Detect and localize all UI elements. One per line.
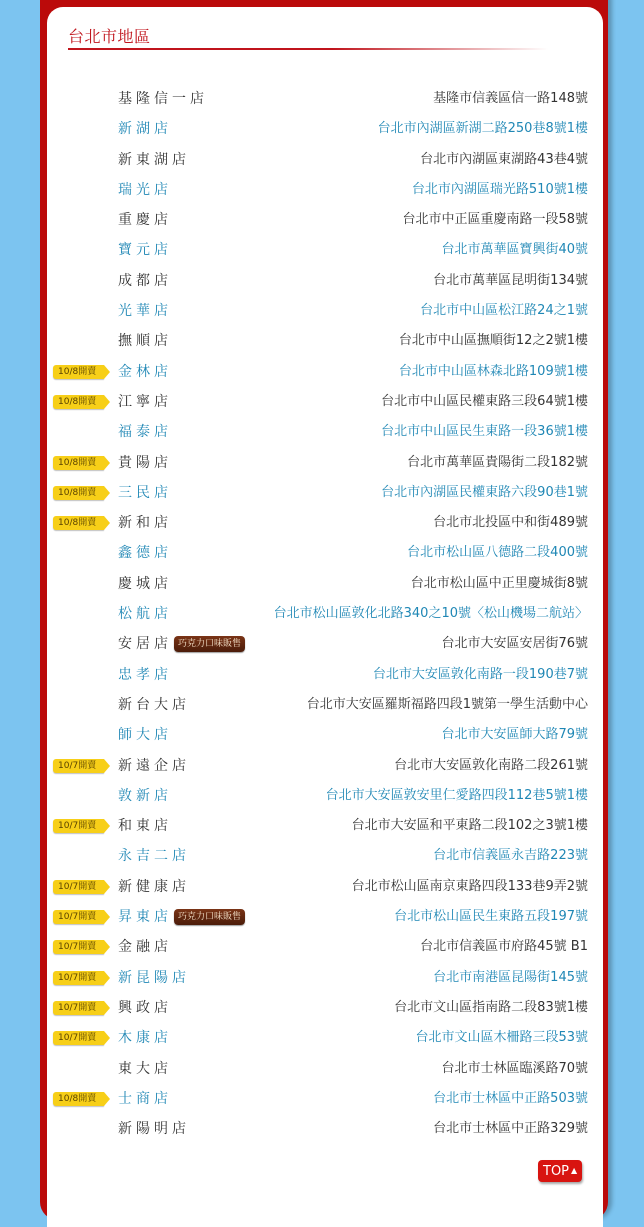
store-name-text: 江寧店 bbox=[118, 394, 172, 410]
store-name-text: 新台大店 bbox=[118, 697, 190, 713]
store-address[interactable]: 台北市大安區師大路79號 bbox=[441, 724, 588, 746]
store-row: 基隆信一店基隆市信義區信一路148號 bbox=[0, 88, 644, 118]
store-name[interactable]: 師大店 bbox=[118, 724, 172, 746]
store-name[interactable]: 昇東店巧克力口味販售 bbox=[118, 906, 245, 928]
store-row: 松航店台北市松山區敦化北路340之10號〈松山機場二航站〉 bbox=[0, 603, 644, 633]
store-name-text: 鑫德店 bbox=[118, 545, 172, 561]
store-name-text: 木康店 bbox=[118, 1030, 172, 1046]
store-name[interactable]: 光華店 bbox=[118, 300, 172, 322]
store-row: 新台大店台北市大安區羅斯福路四段1號第一學生活動中心 bbox=[0, 694, 644, 724]
store-name-text: 新湖店 bbox=[118, 121, 172, 137]
store-address: 台北市萬華區昆明街134號 bbox=[433, 270, 588, 292]
store-row: 新陽明店台北市士林區中正路329號 bbox=[0, 1118, 644, 1148]
launch-date-badge: 10/7開賣 bbox=[53, 880, 104, 894]
back-to-top-button[interactable]: TOP▲ bbox=[538, 1160, 582, 1182]
store-name-text: 成都店 bbox=[118, 273, 172, 289]
store-row: 重慶店台北市中正區重慶南路一段58號 bbox=[0, 209, 644, 239]
store-row: 10/8開賣江寧店台北市中山區民權東路三段64號1樓 bbox=[0, 391, 644, 421]
store-address: 台北市中正區重慶南路一段58號 bbox=[402, 209, 588, 231]
store-address[interactable]: 台北市松山區民生東路五段197號 bbox=[394, 906, 588, 928]
store-row: 慶城店台北市松山區中正里慶城街8號 bbox=[0, 573, 644, 603]
store-address[interactable]: 台北市中山區松江路24之1號 bbox=[420, 300, 588, 322]
store-name: 慶城店 bbox=[118, 573, 172, 595]
title-divider bbox=[68, 48, 548, 50]
store-name-text: 新東湖店 bbox=[118, 152, 190, 168]
store-row: 10/7開賣新遠企店台北市大安區敦化南路二段261號 bbox=[0, 755, 644, 785]
launch-date-badge: 10/8開賣 bbox=[53, 456, 104, 470]
store-row: 敦新店台北市大安區敦安里仁愛路四段112巷5號1樓 bbox=[0, 785, 644, 815]
store-name: 貴陽店 bbox=[118, 452, 172, 474]
store-row: 福泰店台北市中山區民生東路一段36號1樓 bbox=[0, 421, 644, 451]
store-row: 新東湖店台北市內湖區東湖路43巷4號 bbox=[0, 149, 644, 179]
chocolate-flavor-tag: 巧克力口味販售 bbox=[174, 909, 245, 925]
store-name-text: 忠孝店 bbox=[118, 667, 172, 683]
store-address: 台北市中山區民權東路三段64號1樓 bbox=[381, 391, 588, 413]
launch-date-badge: 10/8開賣 bbox=[53, 516, 104, 530]
store-row: 10/8開賣士商店台北市士林區中正路503號 bbox=[0, 1088, 644, 1118]
store-row: 10/7開賣金融店台北市信義區市府路45號 B1 bbox=[0, 936, 644, 966]
store-name: 安居店巧克力口味販售 bbox=[118, 633, 245, 655]
store-name-text: 新健康店 bbox=[118, 879, 190, 895]
store-row: 師大店台北市大安區師大路79號 bbox=[0, 724, 644, 754]
store-list: 基隆信一店基隆市信義區信一路148號新湖店台北市內湖區新湖二路250巷8號1樓新… bbox=[0, 88, 644, 1148]
store-name[interactable]: 福泰店 bbox=[118, 421, 172, 443]
store-name-text: 安居店 bbox=[118, 636, 172, 652]
store-name[interactable]: 敦新店 bbox=[118, 785, 172, 807]
launch-date-badge: 10/7開賣 bbox=[53, 971, 104, 985]
store-address[interactable]: 台北市中山區林森北路109號1樓 bbox=[399, 361, 588, 383]
store-name-text: 永吉二店 bbox=[118, 848, 190, 864]
store-name-text: 士商店 bbox=[118, 1091, 172, 1107]
top-label: TOP bbox=[543, 1164, 569, 1179]
store-name-text: 東大店 bbox=[118, 1061, 172, 1077]
store-address: 台北市內湖區東湖路43巷4號 bbox=[420, 149, 588, 171]
launch-date-badge: 10/8開賣 bbox=[53, 486, 104, 500]
store-name-text: 慶城店 bbox=[118, 576, 172, 592]
store-name: 新東湖店 bbox=[118, 149, 190, 171]
launch-date-badge: 10/8開賣 bbox=[53, 395, 104, 409]
store-name: 成都店 bbox=[118, 270, 172, 292]
store-name-text: 師大店 bbox=[118, 727, 172, 743]
store-name[interactable]: 新昆陽店 bbox=[118, 967, 190, 989]
store-row: 安居店巧克力口味販售台北市大安區安居街76號 bbox=[0, 633, 644, 663]
store-name[interactable]: 永吉二店 bbox=[118, 845, 190, 867]
store-row: 東大店台北市士林區臨溪路70號 bbox=[0, 1058, 644, 1088]
store-row: 10/7開賣新昆陽店台北市南港區昆陽街145號 bbox=[0, 967, 644, 997]
store-name-text: 和東店 bbox=[118, 818, 172, 834]
store-name-text: 寶元店 bbox=[118, 242, 172, 258]
store-address[interactable]: 台北市松山區敦化北路340之10號〈松山機場二航站〉 bbox=[274, 603, 588, 625]
store-address: 台北市文山區指南路二段83號1樓 bbox=[394, 997, 588, 1019]
store-address[interactable]: 台北市中山區民生東路一段36號1樓 bbox=[381, 421, 588, 443]
store-address: 基隆市信義區信一路148號 bbox=[433, 88, 588, 110]
store-address: 台北市信義區市府路45號 B1 bbox=[420, 936, 588, 958]
store-name-text: 金林店 bbox=[118, 364, 172, 380]
store-row: 永吉二店台北市信義區永吉路223號 bbox=[0, 845, 644, 875]
store-name-text: 貴陽店 bbox=[118, 455, 172, 471]
store-name-text: 新和店 bbox=[118, 515, 172, 531]
launch-date-badge: 10/8開賣 bbox=[53, 1092, 104, 1106]
store-address: 台北市大安區敦化南路二段261號 bbox=[394, 755, 588, 777]
store-address[interactable]: 台北市松山區八德路二段400號 bbox=[407, 542, 588, 564]
store-name-text: 新昆陽店 bbox=[118, 970, 190, 986]
launch-date-badge: 10/8開賣 bbox=[53, 365, 104, 379]
launch-date-badge: 10/7開賣 bbox=[53, 910, 104, 924]
section-title: 台北市地區 bbox=[68, 24, 151, 47]
store-name: 新和店 bbox=[118, 512, 172, 534]
store-address[interactable]: 台北市內湖區瑞光路510號1樓 bbox=[412, 179, 588, 201]
store-name[interactable]: 寶元店 bbox=[118, 239, 172, 261]
store-row: 10/8開賣三民店台北市內湖區民權東路六段90巷1號 bbox=[0, 482, 644, 512]
store-name-text: 松航店 bbox=[118, 606, 172, 622]
store-row: 光華店台北市中山區松江路24之1號 bbox=[0, 300, 644, 330]
store-name-text: 光華店 bbox=[118, 303, 172, 319]
store-row: 10/7開賣木康店台北市文山區木柵路三段53號 bbox=[0, 1027, 644, 1057]
store-row: 忠孝店台北市大安區敦化南路一段190巷7號 bbox=[0, 664, 644, 694]
store-name: 東大店 bbox=[118, 1058, 172, 1080]
store-name[interactable]: 忠孝店 bbox=[118, 664, 172, 686]
store-row: 10/7開賣新健康店台北市松山區南京東路四段133巷9弄2號 bbox=[0, 876, 644, 906]
store-name: 興政店 bbox=[118, 997, 172, 1019]
store-name-text: 敦新店 bbox=[118, 788, 172, 804]
store-row: 10/8開賣貴陽店台北市萬華區貴陽街二段182號 bbox=[0, 452, 644, 482]
store-address[interactable]: 台北市大安區敦化南路一段190巷7號 bbox=[373, 664, 588, 686]
store-name-text: 瑞光店 bbox=[118, 182, 172, 198]
store-row: 瑞光店台北市內湖區瑞光路510號1樓 bbox=[0, 179, 644, 209]
store-address: 台北市松山區南京東路四段133巷9弄2號 bbox=[352, 876, 588, 898]
store-row: 10/7開賣興政店台北市文山區指南路二段83號1樓 bbox=[0, 997, 644, 1027]
store-row: 成都店台北市萬華區昆明街134號 bbox=[0, 270, 644, 300]
store-address[interactable]: 台北市內湖區民權東路六段90巷1號 bbox=[381, 482, 588, 504]
store-address[interactable]: 台北市信義區永吉路223號 bbox=[433, 845, 588, 867]
store-row: 10/8開賣新和店台北市北投區中和街489號 bbox=[0, 512, 644, 542]
store-name-text: 基隆信一店 bbox=[118, 91, 208, 107]
store-name[interactable]: 金林店 bbox=[118, 361, 172, 383]
launch-date-badge: 10/7開賣 bbox=[53, 759, 104, 773]
store-address[interactable]: 台北市南港區昆陽街145號 bbox=[433, 967, 588, 989]
store-name[interactable]: 新湖店 bbox=[118, 118, 172, 140]
store-address: 台北市士林區臨溪路70號 bbox=[441, 1058, 588, 1080]
store-name[interactable]: 士商店 bbox=[118, 1088, 172, 1110]
store-address: 台北市士林區中正路329號 bbox=[433, 1118, 588, 1140]
store-name[interactable]: 瑞光店 bbox=[118, 179, 172, 201]
store-name-text: 撫順店 bbox=[118, 333, 172, 349]
store-address: 台北市中山區撫順街12之2號1樓 bbox=[399, 330, 588, 352]
store-address: 台北市大安區安居街76號 bbox=[441, 633, 588, 655]
chocolate-flavor-tag: 巧克力口味販售 bbox=[174, 636, 245, 652]
store-name: 新陽明店 bbox=[118, 1118, 190, 1140]
store-address[interactable]: 台北市文山區木柵路三段53號 bbox=[415, 1027, 588, 1049]
launch-date-badge: 10/7開賣 bbox=[53, 940, 104, 954]
store-address: 台北市萬華區貴陽街二段182號 bbox=[407, 452, 588, 474]
store-name: 重慶店 bbox=[118, 209, 172, 231]
store-name: 新台大店 bbox=[118, 694, 190, 716]
store-name: 江寧店 bbox=[118, 391, 172, 413]
store-name[interactable]: 松航店 bbox=[118, 603, 172, 625]
store-address: 台北市松山區中正里慶城街8號 bbox=[411, 573, 588, 595]
store-name-text: 三民店 bbox=[118, 485, 172, 501]
store-row: 新湖店台北市內湖區新湖二路250巷8號1樓 bbox=[0, 118, 644, 148]
store-name-text: 昇東店 bbox=[118, 909, 172, 925]
store-name: 新遠企店 bbox=[118, 755, 190, 777]
store-name[interactable]: 三民店 bbox=[118, 482, 172, 504]
launch-date-badge: 10/7開賣 bbox=[53, 1031, 104, 1045]
store-name-text: 福泰店 bbox=[118, 424, 172, 440]
arrow-up-icon: ▲ bbox=[571, 1166, 577, 1175]
store-name: 新健康店 bbox=[118, 876, 190, 898]
store-row: 10/7開賣昇東店巧克力口味販售台北市松山區民生東路五段197號 bbox=[0, 906, 644, 936]
store-name-text: 重慶店 bbox=[118, 212, 172, 228]
launch-date-badge: 10/7開賣 bbox=[53, 819, 104, 833]
store-row: 鑫德店台北市松山區八德路二段400號 bbox=[0, 542, 644, 572]
store-name-text: 興政店 bbox=[118, 1000, 172, 1016]
store-name[interactable]: 鑫德店 bbox=[118, 542, 172, 564]
store-name-text: 金融店 bbox=[118, 939, 172, 955]
store-name: 基隆信一店 bbox=[118, 88, 208, 110]
store-row: 寶元店台北市萬華區寶興街40號 bbox=[0, 239, 644, 269]
store-address: 台北市大安區和平東路二段102之3號1樓 bbox=[352, 815, 588, 837]
store-row: 10/8開賣金林店台北市中山區林森北路109號1樓 bbox=[0, 361, 644, 391]
store-name: 和東店 bbox=[118, 815, 172, 837]
store-name: 金融店 bbox=[118, 936, 172, 958]
launch-date-badge: 10/7開賣 bbox=[53, 1001, 104, 1015]
store-row: 10/7開賣和東店台北市大安區和平東路二段102之3號1樓 bbox=[0, 815, 644, 845]
store-name-text: 新陽明店 bbox=[118, 1121, 190, 1137]
store-address[interactable]: 台北市大安區敦安里仁愛路四段112巷5號1樓 bbox=[326, 785, 588, 807]
store-address[interactable]: 台北市萬華區寶興街40號 bbox=[441, 239, 588, 261]
store-address[interactable]: 台北市士林區中正路503號 bbox=[433, 1088, 588, 1110]
store-row: 撫順店台北市中山區撫順街12之2號1樓 bbox=[0, 330, 644, 360]
store-address: 台北市北投區中和街489號 bbox=[433, 512, 588, 534]
store-address: 台北市大安區羅斯福路四段1號第一學生活動中心 bbox=[307, 694, 588, 716]
store-name[interactable]: 木康店 bbox=[118, 1027, 172, 1049]
store-name-text: 新遠企店 bbox=[118, 758, 190, 774]
store-address[interactable]: 台北市內湖區新湖二路250巷8號1樓 bbox=[378, 118, 588, 140]
store-name: 撫順店 bbox=[118, 330, 172, 352]
